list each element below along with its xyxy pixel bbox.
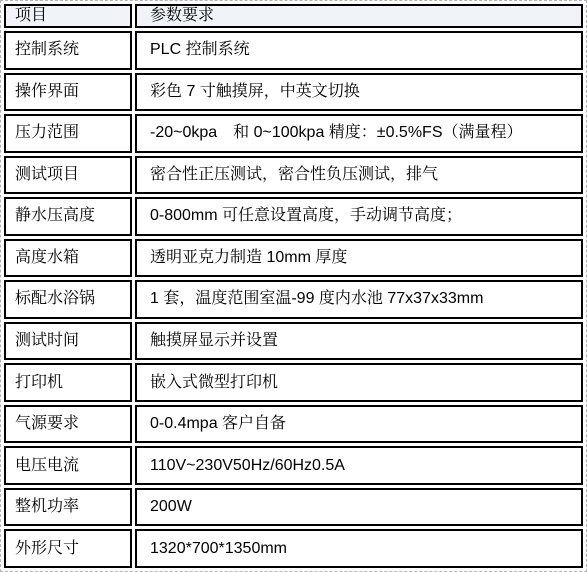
value-cell: 密合性正压测试，密合性负压测试，排气 [135, 156, 583, 195]
table-row-operation-interface: 操作界面 彩色 7 寸触摸屏，中英文切换 [4, 73, 583, 112]
value-cell: 彩色 7 寸触摸屏，中英文切换 [135, 73, 583, 112]
value-cell: 1 套，温度范围室温-99 度内水池 77x37x33mm [135, 280, 583, 319]
header-cell-value: 参数要求 [135, 4, 583, 28]
table-row-dimensions: 外形尺寸 1320*700*1350mm [4, 529, 583, 568]
value-cell: -20~0kpa 和 0~100kpa 精度：±0.5%FS（满量程） [135, 114, 583, 153]
header-cell-item: 项目 [4, 4, 132, 28]
item-cell: 静水压高度 [4, 197, 132, 236]
item-cell: 气源要求 [4, 405, 132, 444]
item-cell: 打印机 [4, 363, 132, 402]
item-cell: 整机功率 [4, 488, 132, 527]
value-cell: PLC 控制系统 [135, 31, 583, 70]
item-cell: 测试项目 [4, 156, 132, 195]
item-cell: 外形尺寸 [4, 529, 132, 568]
table-row-water-bath: 标配水浴锅 1 套，温度范围室温-99 度内水池 77x37x33mm [4, 280, 583, 319]
value-cell: 0-800mm 可任意设置高度，手动调节高度； [135, 197, 583, 236]
table-row-pressure-range: 压力范围 -20~0kpa 和 0~100kpa 精度：±0.5%FS（满量程） [4, 114, 583, 153]
table-row-test-time: 测试时间 触摸屏显示并设置 [4, 322, 583, 361]
value-cell: 透明亚克力制造 10mm 厚度 [135, 239, 583, 278]
value-cell: 0-0.4mpa 客户自备 [135, 405, 583, 444]
spec-sheet-page: 项目 参数要求 控制系统 PLC 控制系统 操作界面 彩色 7 寸触摸屏，中英文… [0, 0, 587, 572]
spec-table: 项目 参数要求 控制系统 PLC 控制系统 操作界面 彩色 7 寸触摸屏，中英文… [0, 0, 587, 572]
item-cell: 高度水箱 [4, 239, 132, 278]
header-row: 项目 参数要求 [4, 4, 583, 28]
item-cell: 电压电流 [4, 446, 132, 485]
value-cell: 110V~230V50Hz/60Hz0.5A [135, 446, 583, 485]
item-cell: 控制系统 [4, 31, 132, 70]
value-cell: 1320*700*1350mm [135, 529, 583, 568]
item-cell: 操作界面 [4, 73, 132, 112]
table-row-air-supply: 气源要求 0-0.4mpa 客户自备 [4, 405, 583, 444]
item-cell: 标配水浴锅 [4, 280, 132, 319]
table-row-voltage-current: 电压电流 110V~230V50Hz/60Hz0.5A [4, 446, 583, 485]
table-row-test-items: 测试项目 密合性正压测试，密合性负压测试，排气 [4, 156, 583, 195]
value-cell: 触摸屏显示并设置 [135, 322, 583, 361]
value-cell: 200W [135, 488, 583, 527]
table-row-control-system: 控制系统 PLC 控制系统 [4, 31, 583, 70]
value-cell: 嵌入式微型打印机 [135, 363, 583, 402]
table-row-height-water-tank: 高度水箱 透明亚克力制造 10mm 厚度 [4, 239, 583, 278]
item-cell: 测试时间 [4, 322, 132, 361]
item-cell: 压力范围 [4, 114, 132, 153]
table-row-hydrostatic-height: 静水压高度 0-800mm 可任意设置高度，手动调节高度； [4, 197, 583, 236]
table-row-printer: 打印机 嵌入式微型打印机 [4, 363, 583, 402]
table-row-total-power: 整机功率 200W [4, 488, 583, 527]
